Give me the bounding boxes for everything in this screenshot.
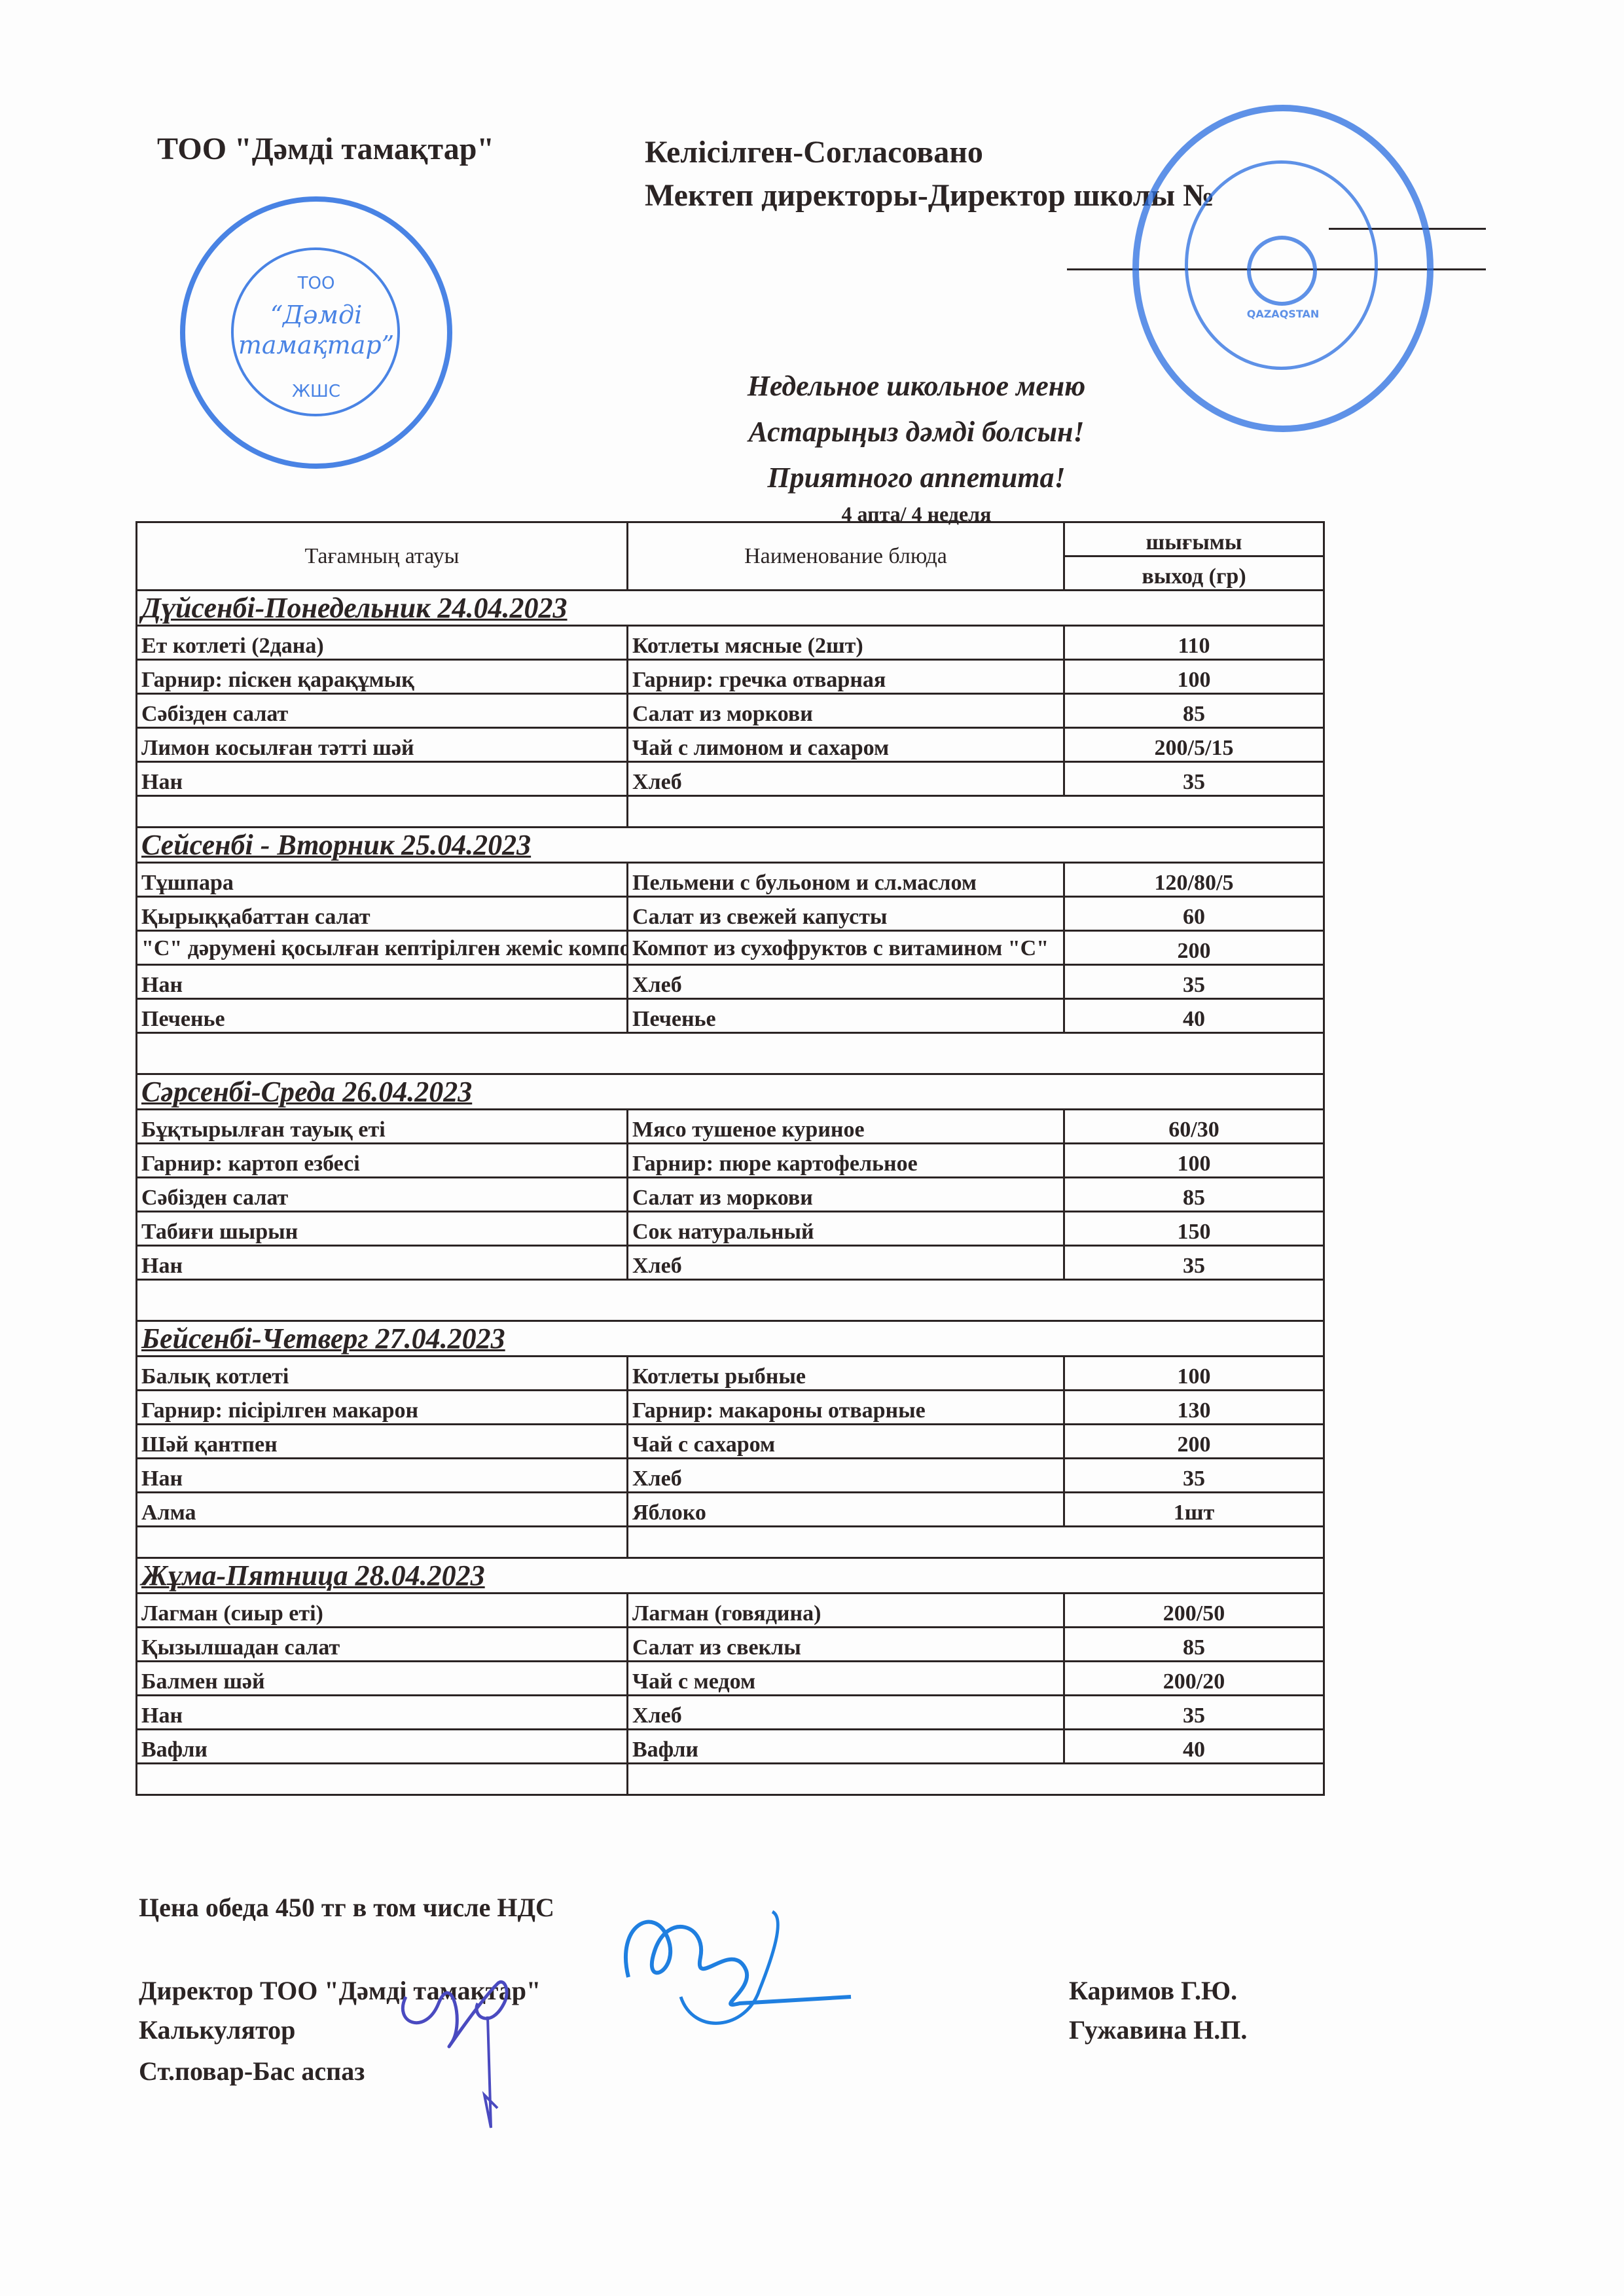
dish-yield: 35: [1064, 1246, 1324, 1280]
day-label: Жұма-Пятница 28.04.2023: [141, 1559, 485, 1592]
chef-role: Ст.повар-Бас аспаз: [139, 2056, 365, 2086]
dish-name-kz: "С" дәрумені қосылған кептірілген жеміс …: [137, 931, 628, 965]
director-signature: [615, 1899, 890, 2043]
table-row: ВафлиВафли40: [137, 1730, 1324, 1764]
dish-name-ru: Лагман (говядина): [628, 1594, 1064, 1628]
blank-row: [137, 1033, 1324, 1074]
dish-name-kz: Нан: [137, 1459, 628, 1493]
table-row: "С" дәрумені қосылған кептірілген жеміс …: [137, 931, 1324, 965]
stamp-text-bottom: ЖШС: [185, 382, 447, 401]
dish-name-ru: Сок натуральный: [628, 1212, 1064, 1246]
blank-row: [137, 1527, 1324, 1558]
emblem-icon: [1247, 236, 1317, 306]
calculator-signature: [393, 1964, 550, 2134]
dish-name-ru: Котлеты рыбные: [628, 1357, 1064, 1391]
table-row: Сәбізден салатСалат из моркови85: [137, 1178, 1324, 1212]
dish-name-kz: Нан: [137, 762, 628, 796]
dish-name-ru: Хлеб: [628, 965, 1064, 999]
dish-yield: 35: [1064, 1459, 1324, 1493]
table-row: Лимон косылған тәтті шәйЧай с лимоном и …: [137, 728, 1324, 762]
dish-name-kz: Нан: [137, 965, 628, 999]
blank-row: [137, 1764, 1324, 1795]
stamp-emblem-text: QAZAQSTAN: [1139, 308, 1427, 320]
table-row: НанХлеб35: [137, 762, 1324, 796]
dish-name-ru: Хлеб: [628, 1246, 1064, 1280]
company-stamp: ТОО “Дәмді тамақтар” ЖШС: [180, 196, 452, 469]
dish-yield: 120/80/5: [1064, 863, 1324, 897]
dish-yield: 200: [1064, 1425, 1324, 1459]
dish-yield: 35: [1064, 1696, 1324, 1730]
table-row: НанХлеб35: [137, 1459, 1324, 1493]
table-row: Шәй қантпенЧай с сахаром200: [137, 1425, 1324, 1459]
table-row: НанХлеб35: [137, 1696, 1324, 1730]
table-row: НанХлеб35: [137, 965, 1324, 999]
dish-name-ru: Мясо тушеное куриное: [628, 1110, 1064, 1144]
dish-name-ru: Вафли: [628, 1730, 1064, 1764]
greeting-kz: Астарыңыз дәмді болсын!: [589, 409, 1244, 455]
table-row: Ет котлеті (2дана)Котлеты мясные (2шт)11…: [137, 626, 1324, 660]
table-row: Гарнир: пісірілген макаронГарнир: макаро…: [137, 1391, 1324, 1425]
dish-name-kz: Лимон косылған тәтті шәй: [137, 728, 628, 762]
dish-name-ru: Гарнир: пюре картофельное: [628, 1144, 1064, 1178]
dish-name-kz: Бұқтырылған тауық еті: [137, 1110, 628, 1144]
menu-title: Недельное школьное меню: [589, 363, 1244, 409]
dish-name-kz: Шәй қантпен: [137, 1425, 628, 1459]
dish-name-kz: Ет котлеті (2дана): [137, 626, 628, 660]
day-header-row: Жұма-Пятница 28.04.2023: [137, 1558, 1324, 1594]
dish-name-ru: Хлеб: [628, 1459, 1064, 1493]
dish-yield: 200/50: [1064, 1594, 1324, 1628]
column-header-yield-kz: шығымы: [1064, 522, 1324, 556]
day-header-row: Сейсенбі - Вторник 25.04.2023: [137, 828, 1324, 863]
stamp-text-top: ТОО: [185, 274, 447, 293]
dish-name-ru: Гарнир: макароны отварные: [628, 1391, 1064, 1425]
dish-yield: 200/20: [1064, 1662, 1324, 1696]
dish-name-kz: Балық котлеті: [137, 1357, 628, 1391]
dish-name-kz: Балмен шәй: [137, 1662, 628, 1696]
dish-name-kz: Гарнир: піскен қарақұмық: [137, 660, 628, 694]
table-row: Табиғи шырынСок натуральный150: [137, 1212, 1324, 1246]
table-row: АлмаЯблоко1шт: [137, 1493, 1324, 1527]
day-label: Бейсенбі-Четверг 27.04.2023: [141, 1322, 505, 1355]
dish-name-kz: Вафли: [137, 1730, 628, 1764]
dish-name-kz: Гарнир: картоп езбесі: [137, 1144, 628, 1178]
director-name: Каримов Г.Ю.: [1069, 1975, 1237, 2006]
dish-name-ru: Чай с сахаром: [628, 1425, 1064, 1459]
menu-table: Тағамның атауы Наименование блюда шығымы…: [135, 521, 1325, 1796]
day-header-row: Сәрсенбі-Среда 26.04.2023: [137, 1074, 1324, 1110]
dish-yield: 60: [1064, 897, 1324, 931]
dish-yield: 85: [1064, 1178, 1324, 1212]
table-row: ПеченьеПеченье40: [137, 999, 1324, 1033]
dish-yield: 100: [1064, 1144, 1324, 1178]
dish-name-ru: Котлеты мясные (2шт): [628, 626, 1064, 660]
stamp-text-name: “Дәмді тамақтар”: [185, 300, 447, 360]
dish-name-ru: Гарнир: гречка отварная: [628, 660, 1064, 694]
dish-name-kz: Сәбізден салат: [137, 1178, 628, 1212]
dish-yield: 200/5/15: [1064, 728, 1324, 762]
table-row: Гарнир: картоп езбесіГарнир: пюре картоф…: [137, 1144, 1324, 1178]
day-header-row: Дүйсенбі-Понедельник 24.04.2023: [137, 591, 1324, 626]
dish-name-ru: Яблоко: [628, 1493, 1064, 1527]
blank-row: [137, 1280, 1324, 1321]
dish-yield: 1шт: [1064, 1493, 1324, 1527]
dish-name-ru: Компот из сухофруктов с витамином "С": [628, 931, 1064, 965]
dish-yield: 35: [1064, 762, 1324, 796]
blank-row: [137, 796, 1324, 828]
company-name: ТОО "Дәмді тамақтар": [157, 131, 494, 167]
dish-name-ru: Салат из свеклы: [628, 1628, 1064, 1662]
table-row: Балмен шәйЧай с медом200/20: [137, 1662, 1324, 1696]
column-header-kz: Тағамның атауы: [137, 522, 628, 591]
dish-name-kz: Нан: [137, 1246, 628, 1280]
menu-title-block: Недельное школьное меню Астарыңыз дәмді …: [589, 363, 1244, 526]
table-row: Балық котлетіКотлеты рыбные100: [137, 1357, 1324, 1391]
table-row: Қызылшадан салатСалат из свеклы85: [137, 1628, 1324, 1662]
calculator-name: Гужавина Н.П.: [1069, 2014, 1247, 2045]
table-row: Лагман (сиыр еті)Лагман (говядина)200/50: [137, 1594, 1324, 1628]
approval-title: Келісілген-Согласовано: [645, 131, 1214, 174]
dish-name-kz: Печенье: [137, 999, 628, 1033]
day-label: Дүйсенбі-Понедельник 24.04.2023: [141, 592, 568, 624]
table-row: Гарнир: піскен қарақұмықГарнир: гречка о…: [137, 660, 1324, 694]
table-header-row: Тағамның атауы Наименование блюда шығымы: [137, 522, 1324, 556]
dish-yield: 60/30: [1064, 1110, 1324, 1144]
column-header-yield-ru: выход (гр): [1064, 556, 1324, 591]
table-row: ТұшпараПельмени с бульоном и сл.маслом12…: [137, 863, 1324, 897]
approval-director: Мектеп директоры-Директор школы №: [645, 174, 1214, 217]
table-row: Сәбізден салатСалат из моркови85: [137, 694, 1324, 728]
dish-yield: 100: [1064, 660, 1324, 694]
dish-name-kz: Тұшпара: [137, 863, 628, 897]
dish-name-ru: Салат из моркови: [628, 1178, 1064, 1212]
dish-name-kz: Гарнир: пісірілген макарон: [137, 1391, 628, 1425]
day-header-row: Бейсенбі-Четверг 27.04.2023: [137, 1321, 1324, 1357]
dish-name-ru: Салат из моркови: [628, 694, 1064, 728]
day-label: Сейсенбі - Вторник 25.04.2023: [141, 829, 531, 861]
dish-name-ru: Хлеб: [628, 762, 1064, 796]
dish-name-kz: Қызылшадан салат: [137, 1628, 628, 1662]
dish-yield: 130: [1064, 1391, 1324, 1425]
column-header-ru: Наименование блюда: [628, 522, 1064, 591]
dish-yield: 150: [1064, 1212, 1324, 1246]
dish-name-ru: Чай с медом: [628, 1662, 1064, 1696]
dish-yield: 200: [1064, 931, 1324, 965]
dish-name-ru: Чай с лимоном и сахаром: [628, 728, 1064, 762]
dish-name-ru: Пельмени с бульоном и сл.маслом: [628, 863, 1064, 897]
dish-name-ru: Салат из свежей капусты: [628, 897, 1064, 931]
dish-name-kz: Қырыққабаттан салат: [137, 897, 628, 931]
table-row: НанХлеб35: [137, 1246, 1324, 1280]
dish-yield: 85: [1064, 1628, 1324, 1662]
dish-name-kz: Табиғи шырын: [137, 1212, 628, 1246]
dish-name-kz: Алма: [137, 1493, 628, 1527]
day-label: Сәрсенбі-Среда 26.04.2023: [141, 1076, 472, 1108]
dish-yield: 100: [1064, 1357, 1324, 1391]
dish-yield: 40: [1064, 1730, 1324, 1764]
table-row: Қырыққабаттан салатСалат из свежей капус…: [137, 897, 1324, 931]
menu-body: Дүйсенбі-Понедельник 24.04.2023Ет котлет…: [137, 591, 1324, 1795]
approval-block: Келісілген-Согласовано Мектеп директоры-…: [645, 131, 1214, 217]
lunch-price: Цена обеда 450 тг в том числе НДС: [139, 1892, 554, 1923]
dish-yield: 40: [1064, 999, 1324, 1033]
greeting-ru: Приятного аппетита!: [589, 455, 1244, 501]
dish-yield: 85: [1064, 694, 1324, 728]
calculator-role: Калькулятор: [139, 2014, 295, 2045]
dish-name-kz: Сәбізден салат: [137, 694, 628, 728]
dish-name-kz: Нан: [137, 1696, 628, 1730]
dish-name-ru: Печенье: [628, 999, 1064, 1033]
dish-yield: 35: [1064, 965, 1324, 999]
dish-name-kz: Лагман (сиыр еті): [137, 1594, 628, 1628]
dish-yield: 110: [1064, 626, 1324, 660]
dish-name-ru: Хлеб: [628, 1696, 1064, 1730]
table-row: Бұқтырылған тауық етіМясо тушеное курино…: [137, 1110, 1324, 1144]
